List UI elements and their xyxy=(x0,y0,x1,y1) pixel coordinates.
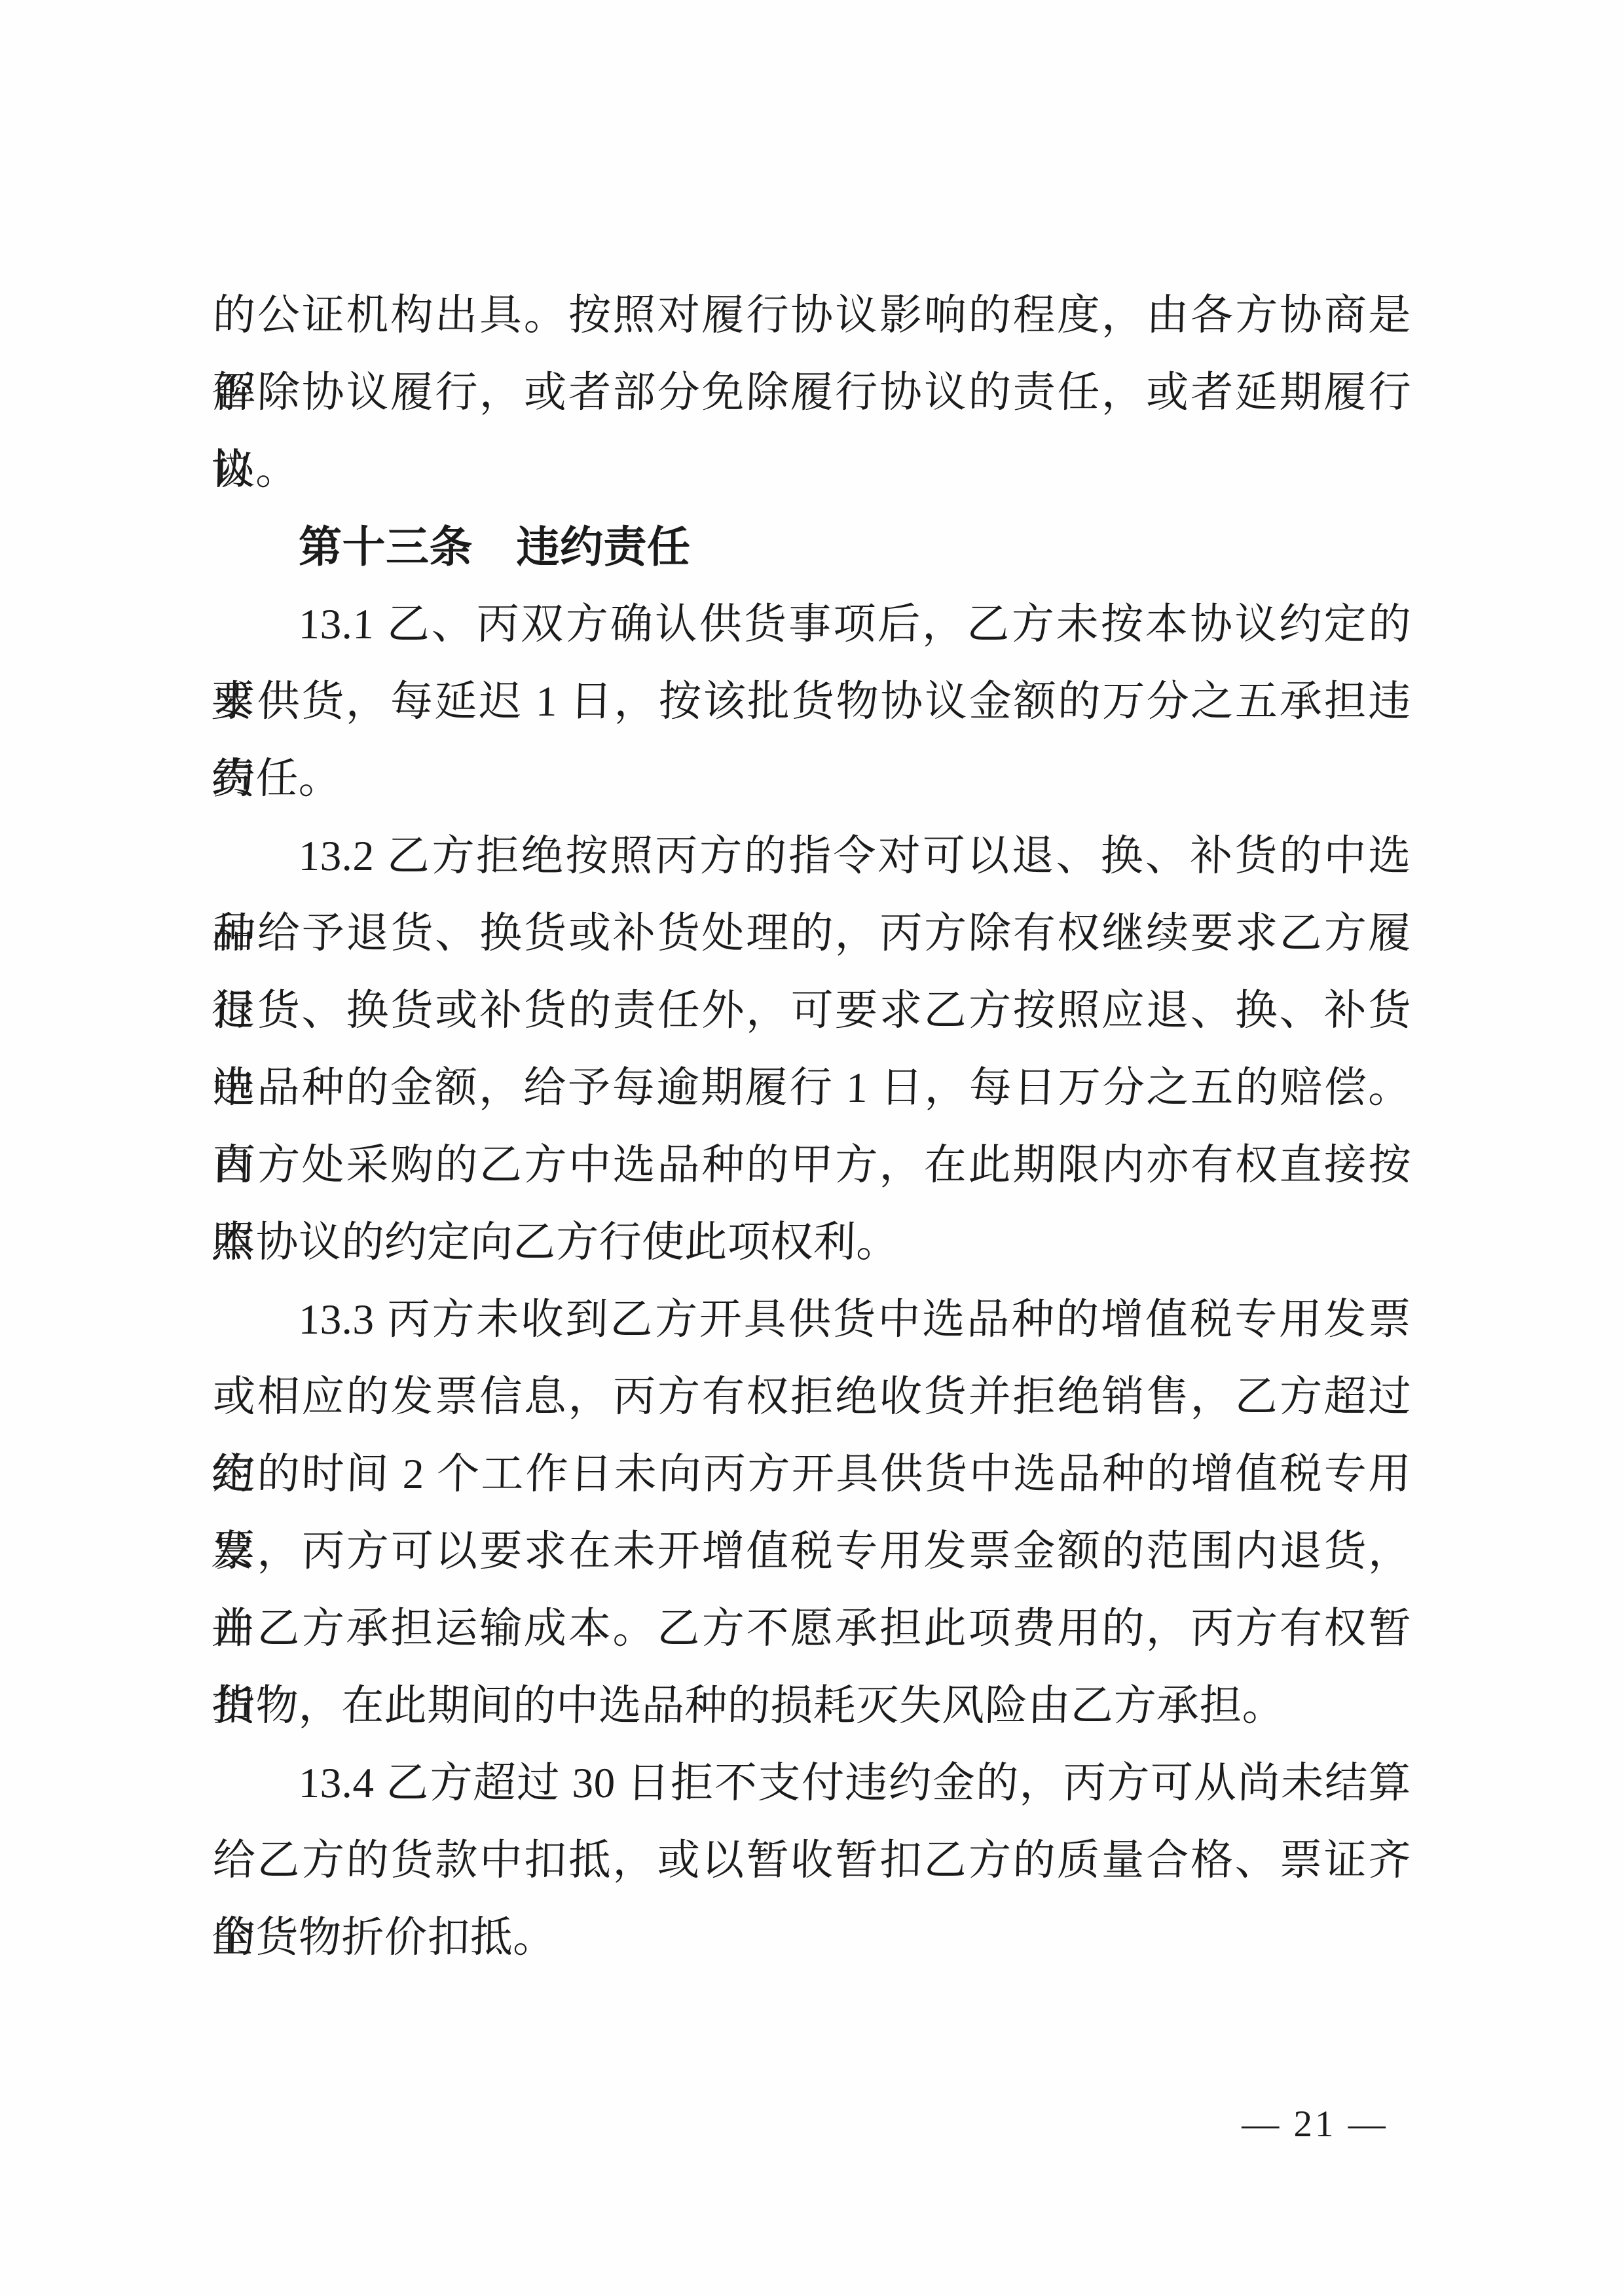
page-number: — 21 — xyxy=(1230,2098,1400,2151)
text-line: 解除协议履行，或者部分免除履行协议的责任，或者延期履行协 xyxy=(212,354,1412,431)
article-13-heading: 第十三条 违约责任 xyxy=(213,509,1411,586)
text-line: 议。 xyxy=(212,431,1412,509)
text-line: 票，丙方可以要求在未开增值税专用发票金额的范围内退货，并 xyxy=(212,1513,1412,1590)
text-line: 本协议的约定向乙方行使此项权利。 xyxy=(212,1204,1412,1281)
text-line: 求供货，每延迟 1 日，按该批货物协议金额的万分之五承担违约 xyxy=(212,663,1412,740)
text-line: 或相应的发票信息，丙方有权拒绝收货并拒绝销售，乙方超过约 xyxy=(212,1358,1412,1436)
text-line: 丙方处采购的乙方中选品种的甲方，在此期限内亦有权直接按照 xyxy=(212,1127,1412,1204)
text-line: 的公证机构出具。按照对履行协议影响的程度，由各方协商是否 xyxy=(212,277,1412,354)
continued-clause: 的公证机构出具。按照对履行协议影响的程度，由各方协商是否解除协议履行，或者部分免… xyxy=(213,277,1411,509)
clause-13-1: 13.1 乙、丙双方确认供货事项后，乙方未按本协议约定的要求供货，每延迟 1 日… xyxy=(213,586,1411,818)
text-line: 选品种的金额，给予每逾期履行 1 日，每日万分之五的赔偿。自 xyxy=(212,1049,1412,1127)
text-line: 种给予退货、换货或补货处理的，丙方除有权继续要求乙方履行 xyxy=(212,895,1412,972)
text-line: 13.4 乙方超过 30 日拒不支付违约金的，丙方可从尚未结算 xyxy=(212,1745,1412,1822)
clause-13-3: 13.3 丙方未收到乙方开具供货中选品种的增值税专用发票或相应的发票信息，丙方有… xyxy=(213,1281,1411,1745)
text-line: 责任。 xyxy=(212,740,1412,818)
text-line: 由乙方承担运输成本。乙方不愿承担此项费用的，丙方有权暂扣 xyxy=(212,1590,1412,1667)
clause-13-4: 13.4 乙方超过 30 日拒不支付违约金的，丙方可从尚未结算给乙方的货款中扣抵… xyxy=(213,1745,1411,1977)
text-line: 定的时间 2 个工作日未向丙方开具供货中选品种的增值税专用发 xyxy=(212,1436,1412,1513)
text-line: 13.2 乙方拒绝按照丙方的指令对可以退、换、补货的中选品 xyxy=(212,818,1412,895)
contract-text-block: 的公证机构出具。按照对履行协议影响的程度，由各方协商是否解除协议履行，或者部分免… xyxy=(213,277,1411,1977)
text-line: 货物，在此期间的中选品种的损耗灭失风险由乙方承担。 xyxy=(212,1667,1412,1745)
clause-13-2: 13.2 乙方拒绝按照丙方的指令对可以退、换、补货的中选品种给予退货、换货或补货… xyxy=(213,818,1411,1281)
text-line: 的货物折价扣抵。 xyxy=(212,1899,1412,1977)
scanned-contract-page: 的公证机构出具。按照对履行协议影响的程度，由各方协商是否解除协议履行，或者部分免… xyxy=(0,0,1624,2296)
text-line: 给乙方的货款中扣抵，或以暂收暂扣乙方的质量合格、票证齐全 xyxy=(212,1822,1412,1899)
text-line: 13.3 丙方未收到乙方开具供货中选品种的增值税专用发票 xyxy=(212,1281,1412,1358)
text-line: 13.1 乙、丙双方确认供货事项后，乙方未按本协议约定的要 xyxy=(212,586,1412,663)
article-heading-line: 第十三条 违约责任 xyxy=(213,509,1411,586)
text-line: 退货、换货或补货的责任外，可要求乙方按照应退、换、补货中 xyxy=(212,972,1412,1049)
